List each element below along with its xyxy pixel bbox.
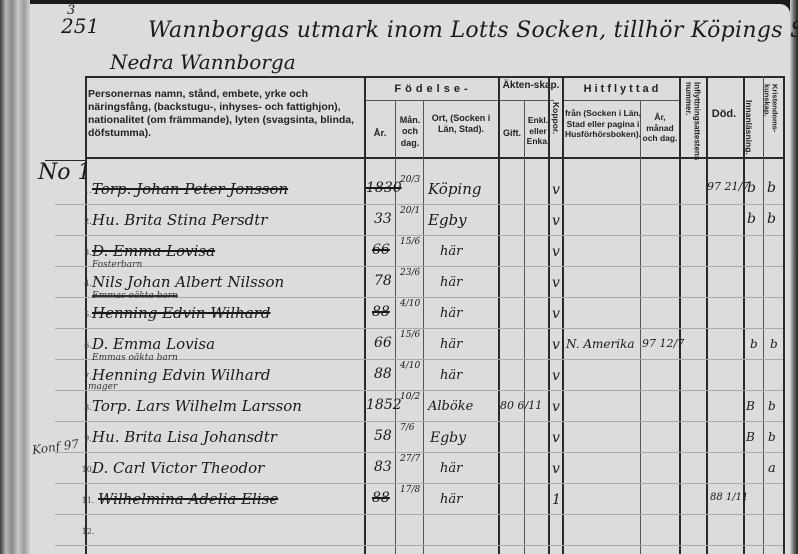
koppor-mark: v bbox=[552, 461, 560, 477]
person-name: Torp. Johan Peter Jonsson bbox=[92, 180, 288, 198]
birth-date: 20/3 bbox=[400, 176, 420, 184]
header-dod: Död. bbox=[706, 108, 742, 122]
death-date: 97 21/7 bbox=[707, 180, 749, 193]
moved-date: 97 12/7 bbox=[642, 337, 684, 350]
header-inflyttningsattest: Inflyttningsattestens nummer. bbox=[683, 82, 701, 152]
birth-year: 88 bbox=[372, 304, 390, 320]
birth-date: 10/2 bbox=[400, 393, 420, 401]
header-fran: från (Socken i Län, Stad eller pagina i … bbox=[564, 108, 642, 140]
row-rule bbox=[55, 328, 783, 329]
book-binding bbox=[0, 0, 30, 554]
koppor-mark: v bbox=[552, 430, 560, 446]
birth-date: 4/10 bbox=[400, 362, 420, 370]
col-rule bbox=[423, 100, 424, 554]
person-name: Hu. Brita Stina Persdtr bbox=[92, 211, 267, 229]
kristendom-mark: b bbox=[767, 211, 776, 227]
birth-date: 17/8 bbox=[400, 486, 420, 494]
col-rule bbox=[783, 76, 785, 554]
person-name: Henning Edvin Wilhard bbox=[92, 304, 270, 322]
person-name: Nils Johan Albert Nilsson bbox=[92, 273, 284, 291]
koppor-mark: v bbox=[552, 275, 560, 291]
header-hitflyttad: Hitflyttad bbox=[565, 83, 680, 97]
birth-place: Köping bbox=[428, 180, 482, 198]
person-name: D. Emma Lovisa bbox=[92, 335, 215, 353]
person-name: Hu. Brita Lisa Johansdtr bbox=[92, 428, 277, 446]
title-line-2: Nedra Wannborga bbox=[110, 50, 296, 74]
birth-date: 7/6 bbox=[400, 424, 414, 432]
person-name: D. Emma Lovisa bbox=[92, 242, 215, 260]
header-enkl: Enkl. eller Enka. bbox=[524, 115, 552, 147]
row-note: Emmas oäkta barn bbox=[92, 353, 178, 363]
col-rule bbox=[395, 100, 396, 554]
row-rule bbox=[55, 235, 783, 236]
innanlasning-mark: B bbox=[746, 399, 755, 413]
row-rule bbox=[55, 390, 783, 391]
birth-place: här bbox=[440, 461, 462, 476]
row-rule bbox=[55, 514, 783, 515]
hitflyttad-sub-rule bbox=[564, 100, 680, 101]
header-ar: År. bbox=[366, 128, 394, 140]
innanlasning-mark: B bbox=[746, 430, 755, 444]
birth-place: här bbox=[440, 244, 462, 259]
header-ar-manad-dag: År, månad och dag. bbox=[640, 112, 680, 144]
fodelse-sub-rule bbox=[366, 100, 498, 101]
koppor-mark: 1 bbox=[552, 492, 561, 508]
koppor-mark: v bbox=[552, 368, 560, 384]
title-line-1: Wannborgas utmark inom Lotts Socken, til… bbox=[148, 18, 798, 43]
birth-date: 27/7 bbox=[400, 455, 420, 463]
row-rule bbox=[55, 545, 783, 546]
birth-place: här bbox=[440, 368, 462, 383]
birth-date: 23/6 bbox=[400, 269, 420, 277]
koppor-mark: v bbox=[552, 213, 560, 229]
birth-year: 88 bbox=[372, 490, 390, 506]
birth-year: 66 bbox=[372, 242, 390, 258]
col-rule bbox=[524, 100, 525, 554]
header-ort: Ort, (Socken i Län, Stad). bbox=[424, 113, 498, 136]
birth-year: 1852 bbox=[366, 397, 402, 413]
birth-place: här bbox=[440, 306, 462, 321]
header-names: Personernas namn, stånd, embete, yrke oc… bbox=[88, 88, 363, 141]
birth-date: 15/6 bbox=[400, 238, 420, 246]
birth-place: Egby bbox=[428, 211, 467, 229]
col-rule bbox=[640, 100, 641, 554]
household-marker: No 1 bbox=[38, 160, 92, 185]
innanlasning-mark: b bbox=[747, 180, 756, 196]
page-number: 251 bbox=[61, 14, 99, 38]
header-innanlasning: Innanläsning. bbox=[744, 100, 754, 155]
person-name: Torp. Lars Wilhelm Larsson bbox=[92, 397, 302, 415]
koppor-mark: v bbox=[552, 182, 560, 198]
birth-year: 78 bbox=[374, 273, 392, 289]
page-edge bbox=[790, 0, 798, 554]
birth-place: Egby bbox=[430, 430, 466, 446]
birth-year: 83 bbox=[374, 459, 392, 475]
row-rule bbox=[55, 452, 783, 453]
header-fodelse: Födelse- bbox=[368, 83, 498, 97]
birth-date: 20/1 bbox=[400, 207, 420, 215]
row-rule bbox=[55, 204, 783, 205]
marriage-date: 80 6/11 bbox=[500, 399, 542, 412]
akten-sub-rule bbox=[498, 100, 554, 101]
row-note: Fosterbarn bbox=[92, 260, 142, 270]
moved-from: N. Amerika bbox=[566, 337, 635, 351]
header-man-och-dag: Mån. och dag. bbox=[396, 115, 424, 149]
koppor-mark: v bbox=[552, 337, 560, 353]
innanlasning-mark: b bbox=[747, 211, 756, 227]
koppor-mark: v bbox=[552, 399, 560, 415]
birth-year: 88 bbox=[374, 366, 392, 382]
birth-date: 4/10 bbox=[400, 300, 420, 308]
header-gift: Gift. bbox=[498, 128, 526, 139]
header-koppor: Koppor. bbox=[551, 102, 561, 134]
row-number: 11. bbox=[78, 496, 98, 505]
row-rule bbox=[55, 483, 783, 484]
birth-year: 1830 bbox=[366, 180, 402, 196]
birth-place: Alböke bbox=[428, 399, 473, 414]
kristendom-mark: b bbox=[768, 430, 776, 444]
person-name: Henning Edvin Wilhard bbox=[92, 366, 270, 384]
person-name: D. Carl Victor Theodor bbox=[92, 459, 264, 477]
birth-date: 15/6 bbox=[400, 331, 420, 339]
row-note: mager bbox=[88, 382, 117, 392]
header-aktenskap: Äkten-skap. bbox=[500, 80, 562, 93]
person-name: Wilhelmina Adelia Elise bbox=[98, 490, 278, 508]
birth-place: här bbox=[440, 275, 462, 290]
birth-year: 33 bbox=[374, 211, 392, 227]
birth-year: 66 bbox=[374, 335, 392, 351]
row-number: 12. bbox=[78, 527, 98, 536]
birth-place: här bbox=[440, 492, 462, 507]
death-date: 88 1/11 bbox=[710, 492, 748, 503]
birth-place: här bbox=[440, 337, 462, 352]
kristendom-mark: b bbox=[770, 337, 778, 351]
row-note: Emmas oäkta barn bbox=[92, 291, 178, 301]
row-rule bbox=[55, 266, 783, 267]
kristendom-mark: b bbox=[767, 180, 776, 196]
kristendom-mark: a bbox=[768, 461, 776, 476]
birth-year: 58 bbox=[374, 428, 392, 444]
koppor-mark: v bbox=[552, 306, 560, 322]
row-rule bbox=[55, 421, 783, 422]
innanlasning-mark: b bbox=[750, 337, 758, 351]
koppor-mark: v bbox=[552, 244, 560, 260]
kristendom-mark: b bbox=[768, 399, 776, 413]
header-kristendomskunskap: Kristendoms-kunskap. bbox=[762, 84, 779, 154]
